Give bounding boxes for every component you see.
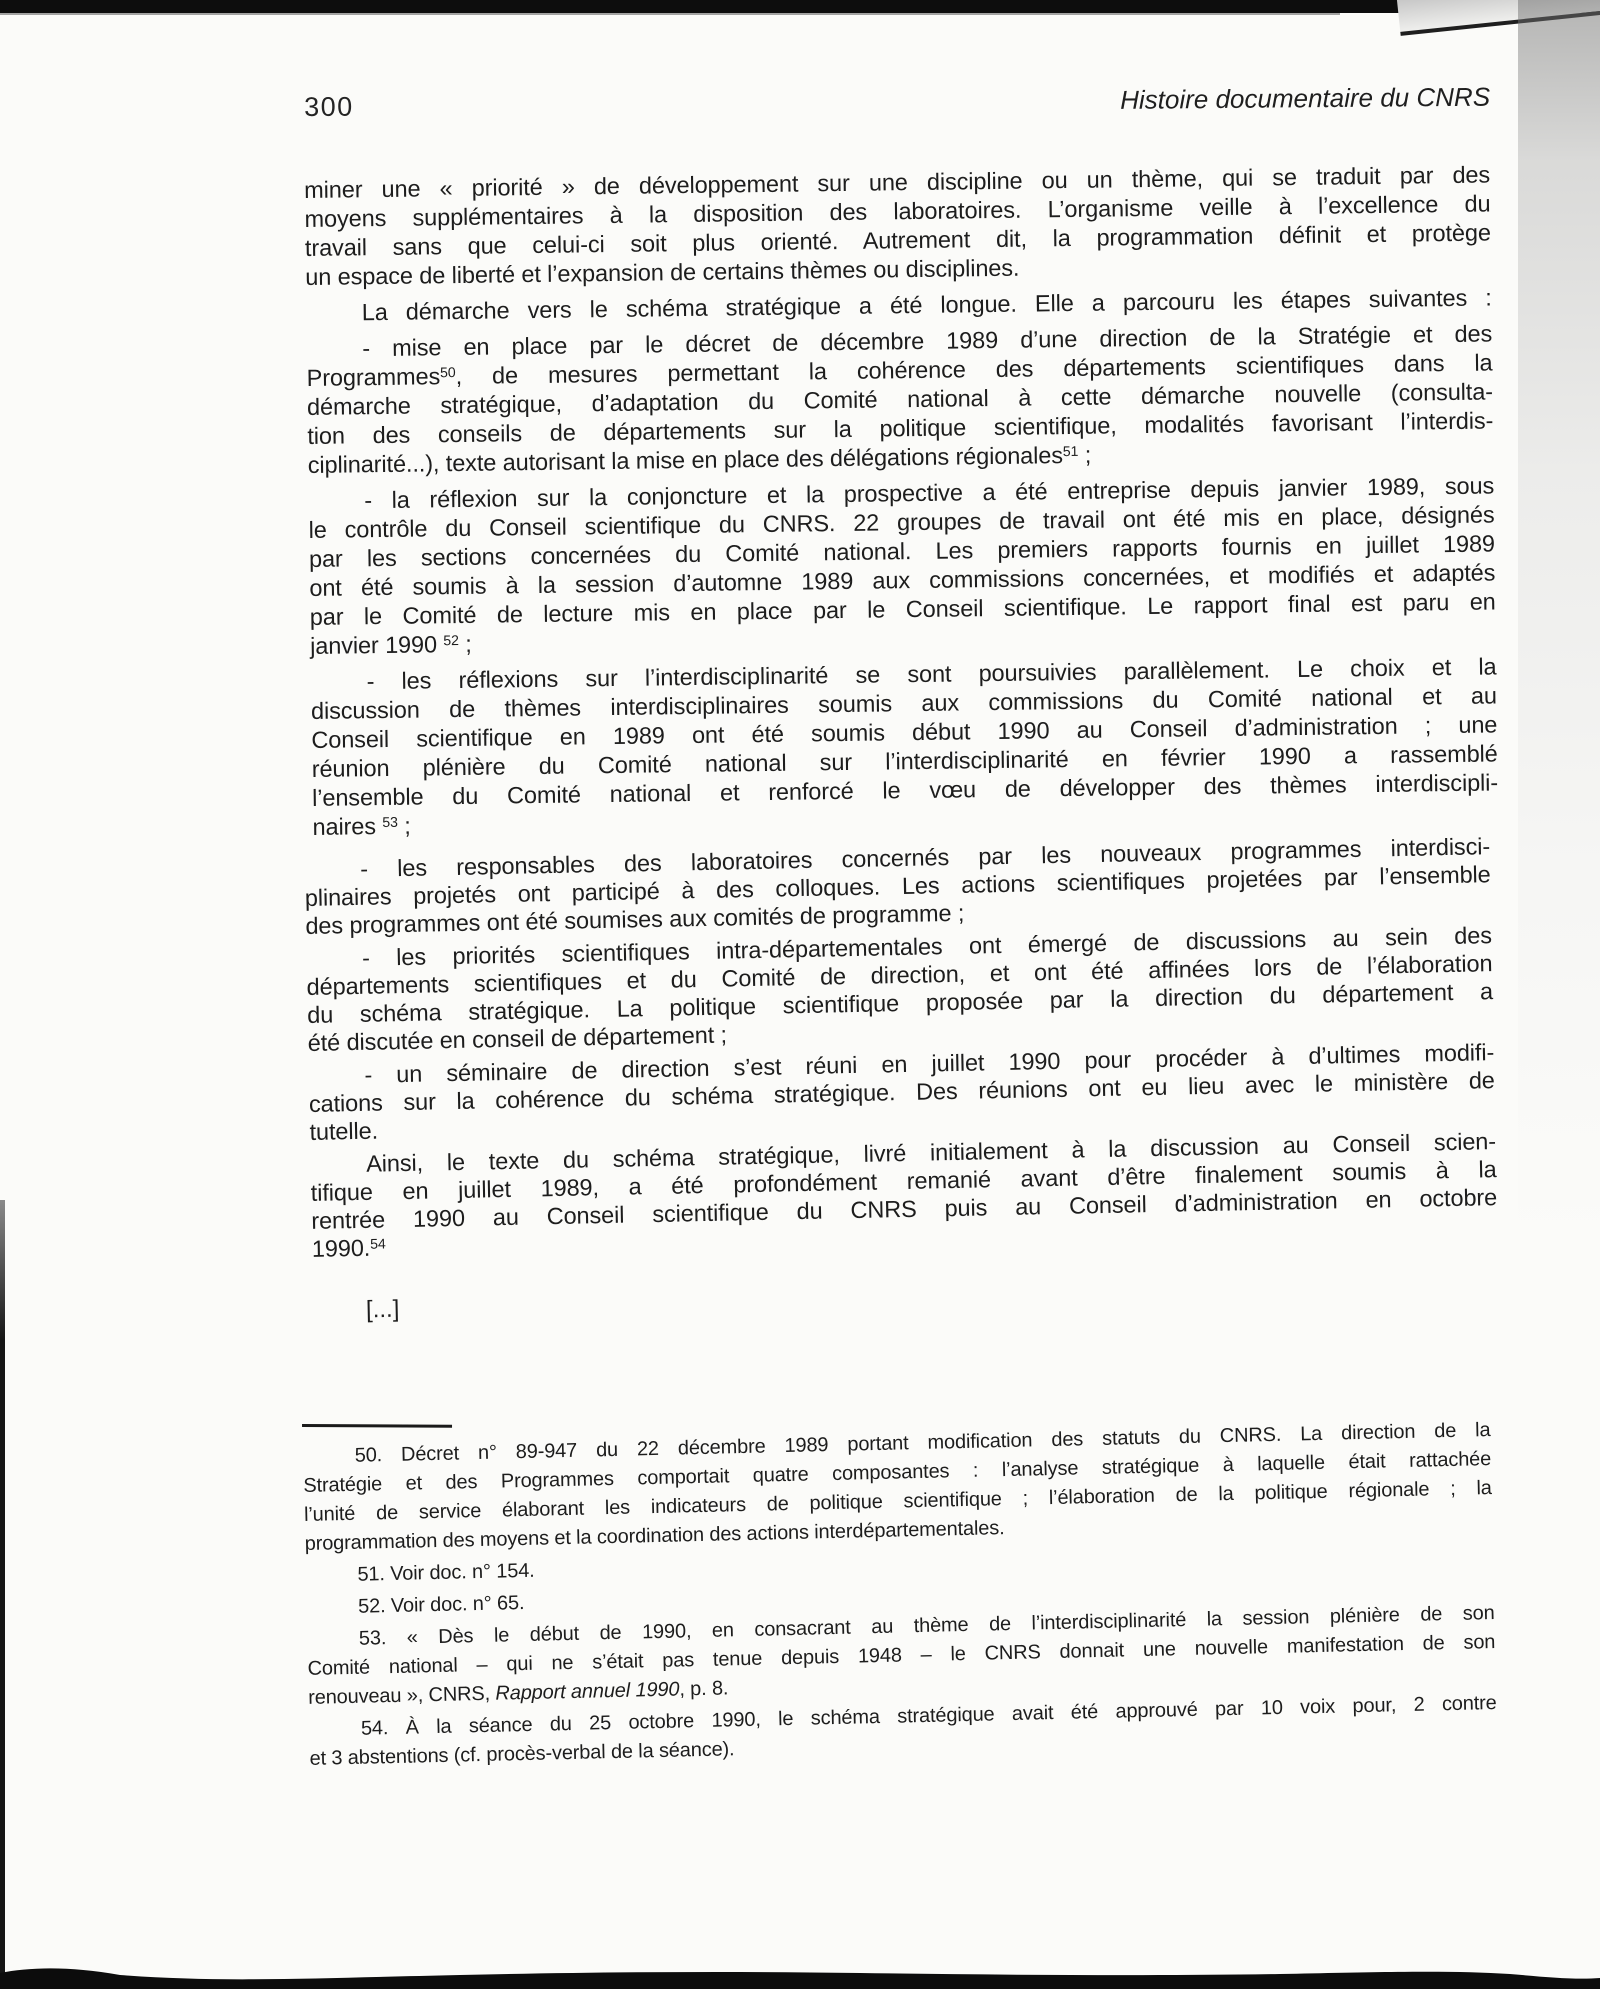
footnote-rule	[302, 1424, 452, 1428]
paragraph: miner une « priorité » de développement …	[304, 160, 1491, 292]
scan-right-shadow	[1518, 0, 1600, 1250]
body-text-upper: miner une « priorité » de développement …	[304, 160, 1499, 841]
footnotes-section: 50. Décret n° 89-947 du 22 décembre 1989…	[302, 1397, 1498, 1774]
scan-top-edge-shadow-line	[0, 13, 1340, 15]
page-number: 300	[304, 92, 354, 123]
scan-left-edge-line	[0, 1200, 5, 1989]
paragraph: Ainsi, le texte du schéma stratégique, l…	[310, 1127, 1498, 1263]
footnote: 50. Décret n° 89-947 du 22 décembre 1989…	[302, 1416, 1492, 1559]
ellipsis-marker: [...]	[366, 1296, 400, 1325]
scan-top-edge	[0, 0, 1600, 13]
paragraph: - les priorités scientifiques intra-dépa…	[306, 921, 1494, 1057]
body-text-lower: - les responsables des laboratoires conc…	[304, 832, 1498, 1263]
page-header: 300 Histoire documentaire du CNRS	[304, 82, 1490, 123]
paragraph: - les réflexions sur l’interdisciplinari…	[310, 652, 1498, 842]
page-scan: 300 Histoire documentaire du CNRS miner …	[0, 0, 1600, 1989]
paragraph: - mise en place par le décret de décembr…	[306, 319, 1494, 480]
running-header: Histoire documentaire du CNRS	[1120, 82, 1490, 116]
paragraph: - la réflexion sur la conjoncture et la …	[308, 471, 1496, 661]
scan-bottom-edge	[0, 1965, 1600, 1989]
